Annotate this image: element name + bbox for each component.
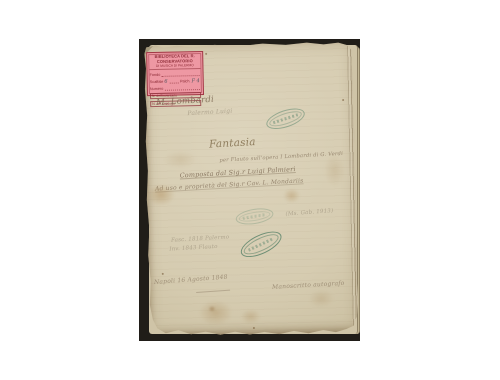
handwriting-dedication-line: Ad uso e proprietà del Sig.r Cav. L. Mon… [155,177,304,192]
label-row-scaffale: Scaffale 6 Palch. F 4 [150,79,201,85]
label-row-numero: Numero [150,86,201,92]
dotted-rule [161,72,199,77]
handwriting-author-sub: Palermo Luigi [187,108,232,118]
handwriting-shelfmark-1: Fasc. 1818 Palermo [171,234,230,243]
page: { "palette": { "page_bg": "#ffffff", "ma… [0,0,500,380]
speck [342,99,344,101]
handwriting-pencil-note: (Ms. Gab. 1913) [285,208,333,217]
label-scaffale-caption: Scaffale [150,80,164,84]
oval-library-stamp-3 [237,226,285,262]
library-label: BIBLIOTECA DEL R. CONSERVATORIO DI MUSIC… [146,51,204,96]
stain [198,299,233,326]
speck [253,327,255,329]
stain [163,150,197,169]
speck [162,273,164,275]
stain [283,188,300,203]
stain [323,153,346,187]
manuscript-cover-page: BIBLIOTECA DEL R. CONSERVATORIO DI MUSIC… [143,41,359,337]
stain [208,306,215,312]
oval-library-stamp-2 [235,206,275,227]
handwriting-subtitle: per Flauto sull'opera I Lombardi di G. V… [219,151,343,164]
speck [205,53,207,55]
label-numero-caption: Numero [150,87,164,91]
handwriting-author: M. Lombardi [156,95,214,108]
label-row-fondo: Fondo [150,72,201,78]
label-scaffale-value: 6 [164,80,167,84]
label-fondo-caption: Fondo [150,73,161,77]
stain [241,309,261,324]
dotted-rule [170,79,179,83]
scan-mat: BIBLIOTECA DEL R. CONSERVATORIO DI MUSIC… [139,39,360,341]
handwriting-date: Napoli 16 Agosto 1848 [154,274,228,286]
oval-library-stamp-1 [264,104,307,133]
handwriting-composed-line: Composta dal Sig.r Luigi Palmieri [180,165,296,179]
label-header-line2: DI MUSICA DI PALERMO [149,63,200,70]
ink-rule [196,290,230,293]
handwriting-title: Fantasia [209,136,256,151]
label-palchetto-caption: Palch. [180,79,191,83]
label-palchetto-value: F 4 [191,79,199,83]
handwriting-shelfmark-2: Inv. 1843 Flauto [169,244,218,253]
dotted-rule [164,86,200,91]
handwriting-signature: Manoscritto autografo [272,280,345,291]
stain [308,289,334,308]
